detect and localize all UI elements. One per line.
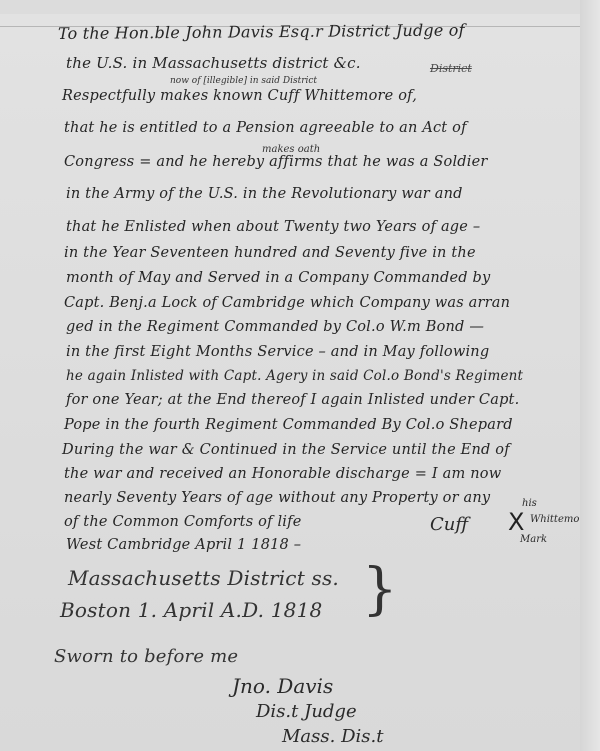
judge-signature-title-2: Mass. Dis.t [282,726,383,747]
declaration-line-20-date: West Cambridge April 1 1818 – [66,537,301,553]
signature-first-name: Cuff [430,514,468,535]
manuscript-page: To the Hon.ble John Davis Esq.r District… [0,14,600,751]
interlinear-insertion-now-of: now of [illegible] in said District [170,76,317,86]
declaration-line-13: he again Inlisted with Capt. Agery in sa… [66,368,523,384]
declaration-line-8: in the Year Seventeen hundred and Sevent… [64,245,476,261]
declaration-line-17: the war and received an Honorable discha… [64,466,501,482]
declaration-line-7: that he Enlisted when about Twenty two Y… [66,219,480,235]
signature-mark-x: X [508,508,524,536]
declaration-line-11: ged in the Regiment Commanded by Col.o W… [66,319,484,335]
page-edge-shadow [580,0,600,751]
declaration-line-15: Pope in the fourth Regiment Commanded By… [64,417,513,433]
judge-signature-title-1: Dis.t Judge [256,701,357,722]
judge-signature-name: Jno. Davis [232,674,333,698]
declaration-line-6: in the Army of the U.S. in the Revolutio… [66,186,463,202]
jurat-brace: } [362,562,398,618]
declaration-line-9: month of May and Served in a Company Com… [66,270,490,286]
declaration-line-19: of the Common Comforts of life [64,514,301,530]
declaration-line-1: To the Hon.ble John Davis Esq.r District… [58,20,465,43]
signature-mark-label: Mark [520,534,547,545]
declaration-line-3: Respectfully makes known Cuff Whittemore… [62,88,417,104]
declaration-line-5: Congress = and he hereby affirms that he… [64,154,488,170]
declaration-line-12: in the first Eight Months Service – and … [66,344,489,360]
declaration-line-10: Capt. Benj.a Lock of Cambridge which Com… [64,295,510,311]
declaration-line-2: the U.S. in Massachusetts district &c. [66,54,361,72]
declaration-line-4: that he is entitled to a Pension agreeab… [64,120,467,136]
jurat-venue-line-1: Massachusetts District ss. [68,566,339,590]
declaration-line-18: nearly Seventy Years of age without any … [64,490,490,506]
declaration-line-16: During the war & Continued in the Servic… [62,442,510,458]
jurat-venue-line-2: Boston 1. April A.D. 1818 [60,598,322,622]
declaration-line-14: for one Year; at the End thereof I again… [66,392,519,408]
jurat-sworn-line: Sworn to before me [54,646,238,667]
struck-insertion-district: District [430,62,472,75]
